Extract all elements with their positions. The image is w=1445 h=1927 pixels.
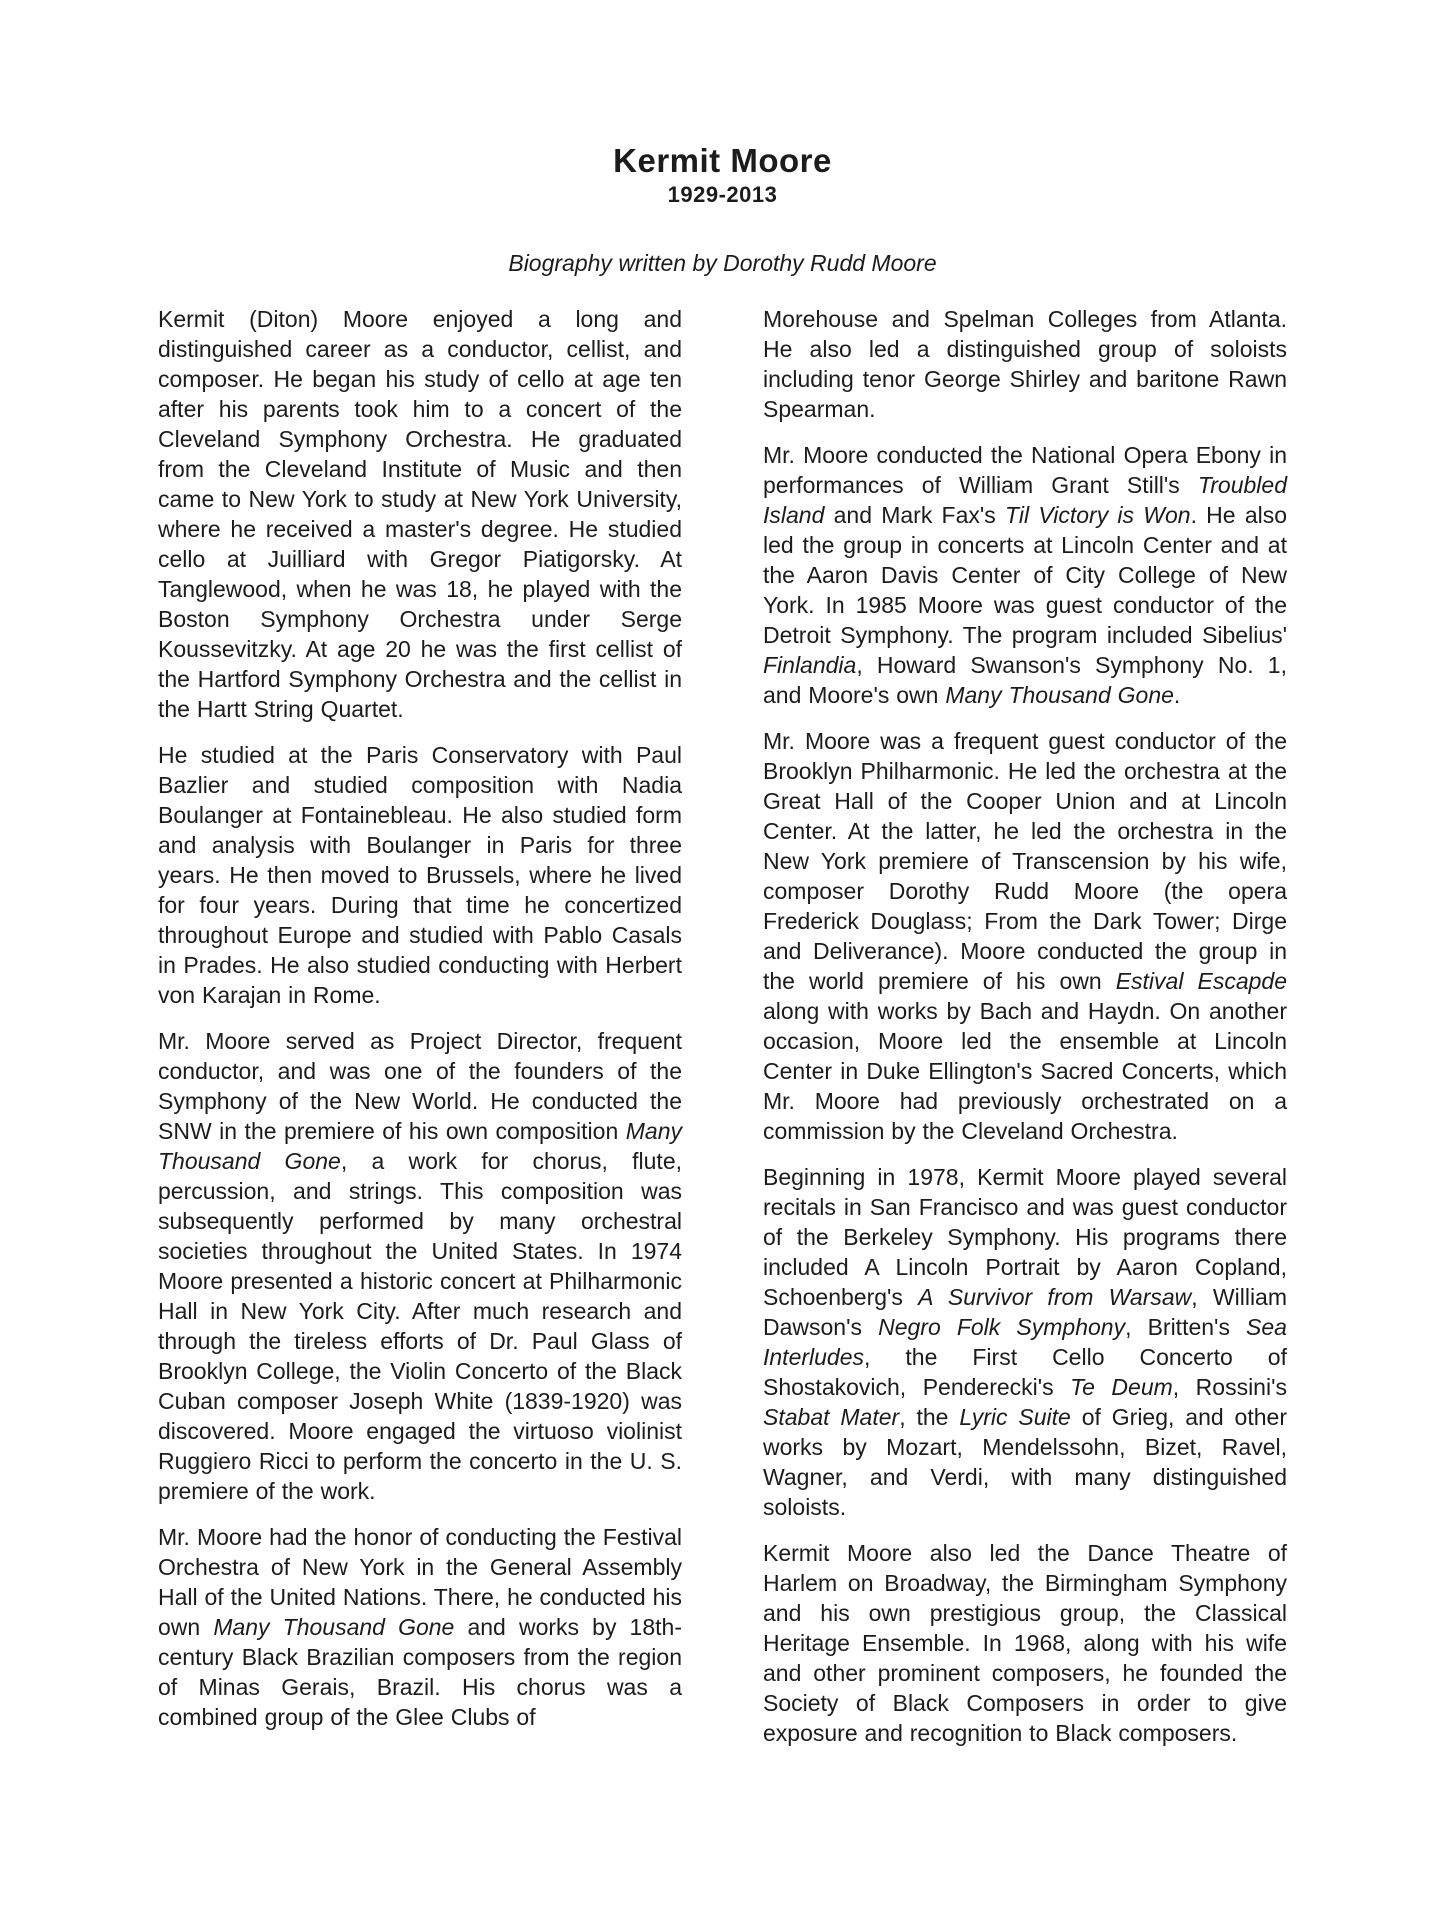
text-segment: , a work for chorus, flute, percussion, … [158, 1148, 682, 1504]
paragraph: Mr. Moore conducted the National Opera E… [763, 440, 1287, 710]
page-title: Kermit Moore [158, 143, 1287, 179]
paragraph: Morehouse and Spelman Colleges from Atla… [763, 304, 1287, 424]
two-column-body: Kermit (Diton) Moore enjoyed a long and … [158, 304, 1287, 1748]
work-title-italic: Finlandia [763, 652, 856, 678]
work-title-italic: Many Thousand Gone [213, 1614, 454, 1640]
text-segment: Kermit (Diton) Moore enjoyed a long and … [158, 306, 682, 722]
text-segment: , Britten's [1125, 1314, 1246, 1340]
paragraph: Mr. Moore served as Project Director, fr… [158, 1026, 682, 1506]
paragraph: Beginning in 1978, Kermit Moore played s… [763, 1162, 1287, 1522]
text-segment: Mr. Moore was a frequent guest conductor… [763, 728, 1287, 994]
text-segment: and Mark Fax's [824, 502, 1005, 528]
paragraph: Kermit (Diton) Moore enjoyed a long and … [158, 304, 682, 724]
text-segment: , the [899, 1404, 959, 1430]
text-segment: Mr. Moore served as Project Director, fr… [158, 1028, 682, 1144]
left-column: Kermit (Diton) Moore enjoyed a long and … [158, 304, 682, 1748]
document-header: Kermit Moore 1929-2013 Biography written… [158, 143, 1287, 276]
paragraph: Kermit Moore also led the Dance Theatre … [763, 1538, 1287, 1748]
text-segment: Kermit Moore also led the Dance Theatre … [763, 1540, 1287, 1746]
paragraph: He studied at the Paris Conservatory wit… [158, 740, 682, 1010]
document-page: Kermit Moore 1929-2013 Biography written… [0, 0, 1445, 1927]
right-column: Morehouse and Spelman Colleges from Atla… [763, 304, 1287, 1748]
text-segment: . [1174, 682, 1180, 708]
work-title-italic: Negro Folk Symphony [878, 1314, 1125, 1340]
work-title-italic: A Survivor from Warsaw [918, 1284, 1191, 1310]
text-segment: Morehouse and Spelman Colleges from Atla… [763, 306, 1287, 422]
life-years: 1929-2013 [158, 182, 1287, 208]
work-title-italic: Estival Escapde [1116, 968, 1287, 994]
text-segment: He studied at the Paris Conservatory wit… [158, 742, 682, 1008]
text-segment: along with works by Bach and Haydn. On a… [763, 998, 1287, 1144]
work-title-italic: Te Deum [1070, 1374, 1173, 1400]
work-title-italic: Many Thousand Gone [945, 682, 1174, 708]
work-title-italic: Til Victory is Won [1005, 502, 1191, 528]
work-title-italic: Lyric Suite [959, 1404, 1070, 1430]
paragraph: Mr. Moore was a frequent guest conductor… [763, 726, 1287, 1146]
byline: Biography written by Dorothy Rudd Moore [158, 250, 1287, 276]
text-segment: , Rossini's [1173, 1374, 1287, 1400]
work-title-italic: Stabat Mater [763, 1404, 899, 1430]
paragraph: Mr. Moore had the honor of conducting th… [158, 1522, 682, 1732]
